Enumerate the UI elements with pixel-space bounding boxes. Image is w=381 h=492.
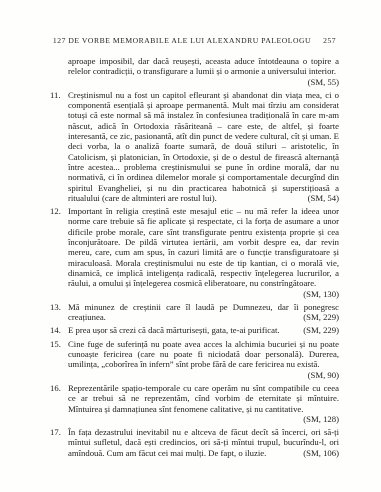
item-text: Creștinismul nu a fost un capitol efleur… bbox=[68, 90, 339, 203]
item-text: Cine fuge de suferință nu poate avea acc… bbox=[68, 339, 339, 370]
quote-item-12: 12.Important în religia creștină este me… bbox=[68, 206, 339, 299]
quote-item-13: 13.Mă minunez de creștinii care îl laudă… bbox=[68, 302, 339, 323]
item-text: Important în religia creștină este mesaj… bbox=[68, 206, 339, 288]
item-citation: (SM, 130) bbox=[293, 289, 339, 299]
item-citation: (SM, 106) bbox=[293, 448, 339, 458]
quote-item-14: 14.E prea ușor să crezi că dacă mărturis… bbox=[68, 325, 339, 335]
quote-item-11: 11.Creștinismul nu a fost un capitol efl… bbox=[68, 90, 339, 203]
running-header: 127 DE VORBE MEMORABILE ALE LUI ALEXANDR… bbox=[50, 36, 339, 45]
item-number: 15. bbox=[50, 339, 68, 349]
item-number: 11. bbox=[50, 90, 68, 100]
item-number: 17. bbox=[50, 427, 68, 437]
item-citation: (SM, 229) bbox=[293, 312, 339, 322]
item-text: Reprezentările spațio-temporale cu care … bbox=[68, 383, 339, 414]
item-citation: (SM, 90) bbox=[298, 370, 339, 380]
item-text: E prea ușor să crezi că dacă mărturiseșt… bbox=[68, 325, 280, 335]
item-number: 13. bbox=[50, 302, 68, 312]
item-citation: (SM, 54) bbox=[298, 193, 339, 203]
book-page: 127 DE VORBE MEMORABILE ALE LUI ALEXANDR… bbox=[0, 0, 381, 492]
item-citation: (SM, 55) bbox=[298, 77, 339, 87]
item-citation: (SM, 128) bbox=[293, 414, 339, 424]
quote-item-15: 15.Cine fuge de suferință nu poate avea … bbox=[68, 339, 339, 380]
page-number: 257 bbox=[323, 36, 336, 45]
continuation-paragraph: aproape imposibil, dar dacă reușești, ac… bbox=[68, 56, 339, 87]
item-number: 14. bbox=[50, 325, 68, 335]
item-citation: (SM, 229) bbox=[293, 325, 339, 335]
running-header-title: 127 DE VORBE MEMORABILE ALE LUI ALEXANDR… bbox=[53, 36, 311, 45]
item-number: 16. bbox=[50, 383, 68, 393]
page-body: aproape imposibil, dar dacă reușești, ac… bbox=[50, 56, 339, 458]
quote-item-16: 16.Reprezentările spațio-temporale cu ca… bbox=[68, 383, 339, 424]
item-number: 12. bbox=[50, 206, 68, 216]
item-text: aproape imposibil, dar dacă reușești, ac… bbox=[68, 56, 339, 76]
quote-item-17: 17.În fața dezastrului inevitabil nu e a… bbox=[68, 427, 339, 458]
